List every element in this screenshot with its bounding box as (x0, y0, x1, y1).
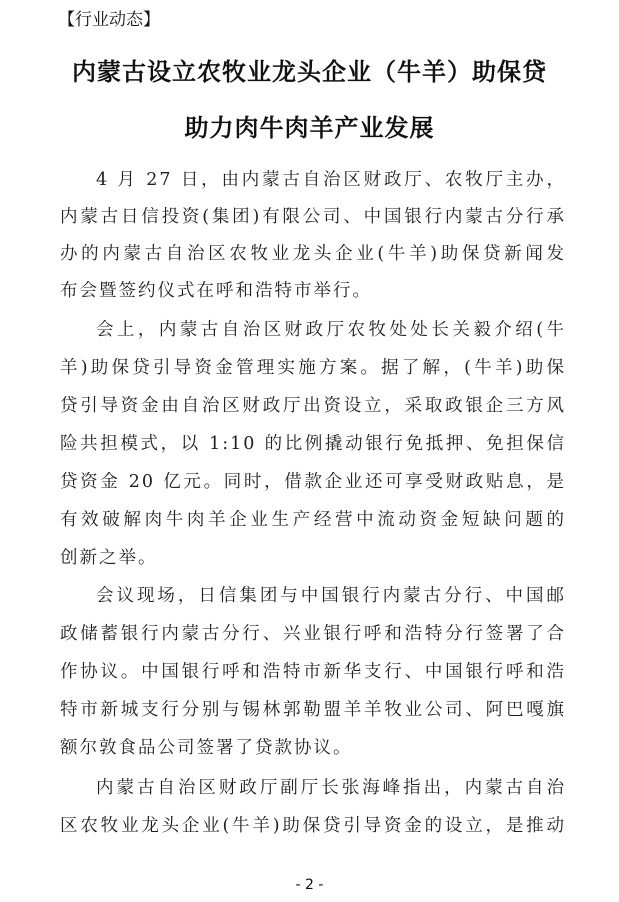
paragraph-line: 贷引导资金由自治区财政厅出资设立，采取政银企三方风 (60, 394, 566, 418)
paragraph-line: 会上，内蒙古自治区财政厅农牧处处长关毅介绍(牛 (96, 318, 566, 342)
paragraph-line: 贷资金 20 亿元。同时，借款企业还可享受财政贴息，是 (60, 470, 566, 494)
article-title-line-1: 内蒙古设立农牧业龙头企业（牛羊）助保贷 (0, 56, 619, 88)
page-number: - 2 - (0, 876, 619, 894)
document-page: 【行业动态】 内蒙古设立农牧业龙头企业（牛羊）助保贷 助力肉牛肉羊产业发展 4 … (0, 0, 619, 902)
paragraph-line: 办的内蒙古自治区农牧业龙头企业(牛羊)助保贷新闻发 (60, 242, 566, 266)
paragraph-line: 内蒙古日信投资(集团)有限公司、中国银行内蒙古分行承 (60, 205, 566, 229)
paragraph-line: 4 月 27 日，由内蒙古自治区财政厅、农牧厅主办， (96, 168, 566, 192)
paragraph-line: 额尔敦食品公司签署了贷款协议。 (60, 736, 566, 760)
paragraph-line: 作协议。中国银行呼和浩特市新华支行、中国银行呼和浩 (60, 660, 566, 684)
article-title-line-2: 助力肉牛肉羊产业发展 (0, 112, 619, 144)
paragraph-line: 特市新城支行分别与锡林郭勒盟羊羊牧业公司、阿巴嘎旗 (60, 698, 566, 722)
paragraph-line: 区农牧业龙头企业(牛羊)助保贷引导资金的设立，是推动 (60, 814, 566, 838)
section-tag: 【行业动态】 (58, 8, 160, 32)
paragraph-line: 内蒙古自治区财政厅副厅长张海峰指出，内蒙古自治 (96, 776, 566, 800)
paragraph-line: 创新之举。 (60, 546, 566, 570)
paragraph-line: 会议现场，日信集团与中国银行内蒙古分行、中国邮 (96, 584, 566, 608)
paragraph-line: 布会暨签约仪式在呼和浩特市举行。 (60, 279, 566, 303)
paragraph-line: 羊)助保贷引导资金管理实施方案。据了解，(牛羊)助保 (60, 356, 566, 380)
paragraph-line: 险共担模式，以 1:10 的比例撬动银行免抵押、免担保信 (60, 432, 566, 456)
paragraph-line: 政储蓄银行内蒙古分行、兴业银行呼和浩特分行签署了合 (60, 622, 566, 646)
paragraph-line: 有效破解肉牛肉羊企业生产经营中流动资金短缺问题的 (60, 508, 566, 532)
